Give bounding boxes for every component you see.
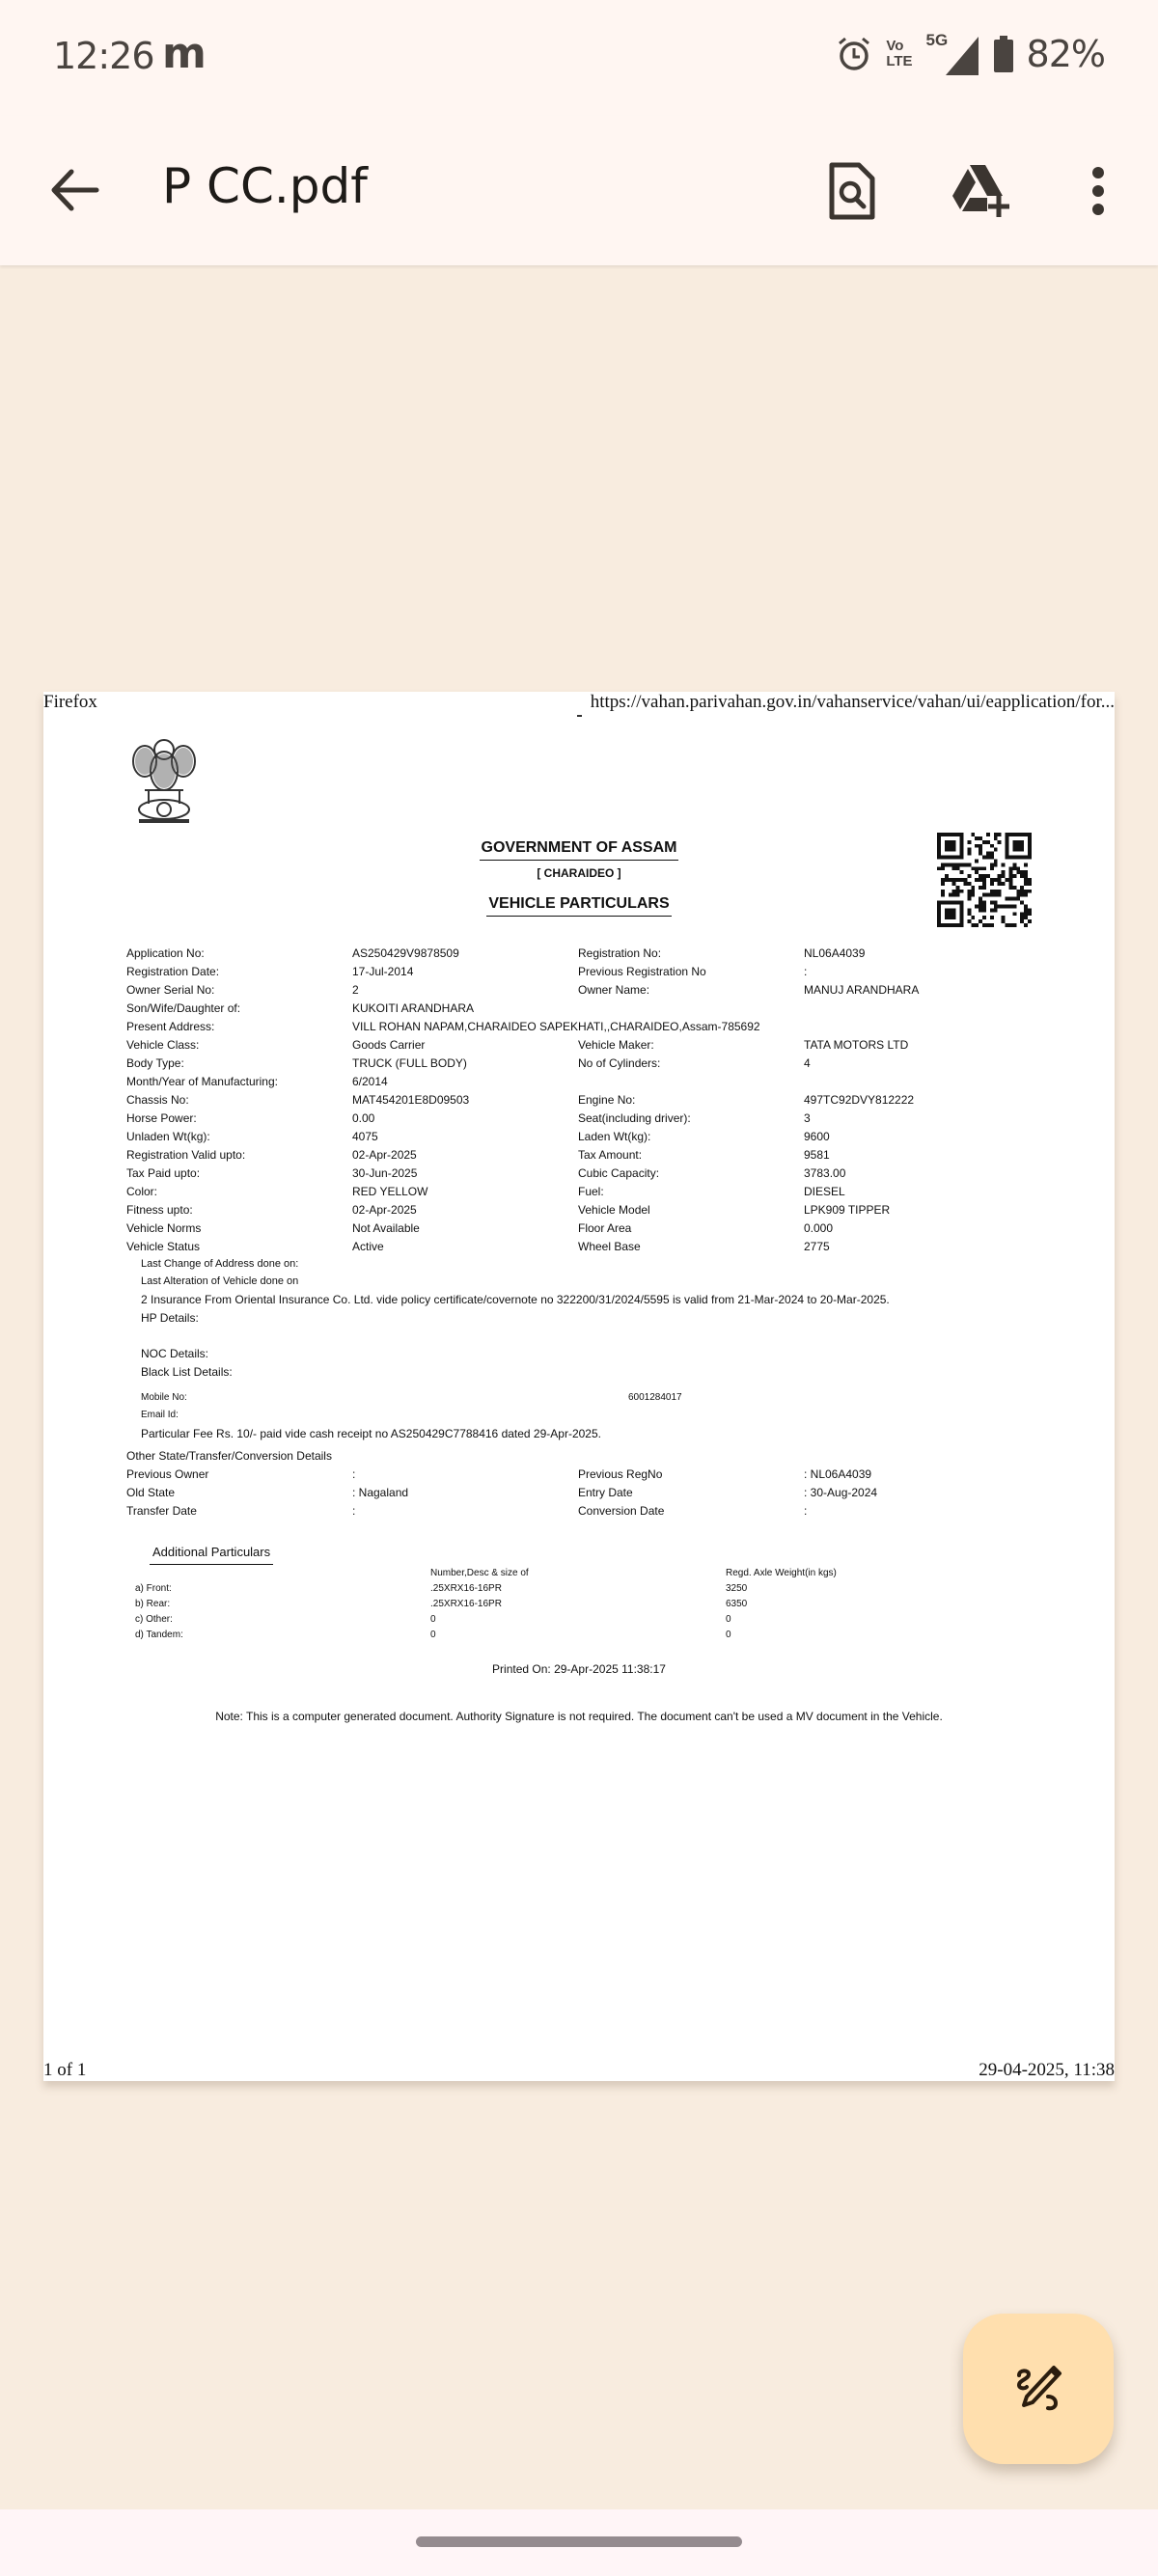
field-label: Owner Name: <box>578 983 649 997</box>
field-value: : NL06A4039 <box>804 1467 871 1481</box>
field-label: Previous RegNo <box>578 1467 662 1481</box>
field-label: Color: <box>126 1185 157 1198</box>
government-heading: GOVERNMENT OF ASSAM <box>43 839 1115 857</box>
mobile-label: Mobile No: <box>141 1392 187 1403</box>
axle-header-desc: Number,Desc & size of <box>430 1568 529 1578</box>
field-value: AS250429V9878509 <box>352 946 459 960</box>
field-value: 497TC92DVY812222 <box>804 1093 914 1107</box>
table-row: Chassis No:MAT454201E8D09503Engine No:49… <box>126 1093 890 1111</box>
axle-label: a) Front: <box>135 1583 172 1594</box>
field-label: Present Address: <box>126 1020 214 1033</box>
annotate-pen-icon <box>1011 2362 1065 2416</box>
battery-icon <box>994 36 1013 72</box>
field-value: 4 <box>804 1056 811 1070</box>
field-label: Transfer Date <box>126 1504 197 1518</box>
table-row: Owner Serial No:2Owner Name:MANUJ ARANDH… <box>126 983 890 1001</box>
field-label: Registration Valid upto: <box>126 1148 245 1162</box>
axle-weight: 0 <box>726 1630 731 1640</box>
axle-weight: 6350 <box>726 1599 747 1609</box>
field-value: : 30-Aug-2024 <box>804 1486 877 1499</box>
field-value: MAT454201E8D09503 <box>352 1093 469 1107</box>
field-label: Entry Date <box>578 1486 633 1499</box>
table-row: Registration Date:17-Jul-2014Previous Re… <box>126 965 890 983</box>
table-row: Fitness upto:02-Apr-2025Vehicle ModelLPK… <box>126 1203 890 1221</box>
field-value: 02-Apr-2025 <box>352 1203 417 1217</box>
field-value: Not Available <box>352 1221 420 1235</box>
field-label: Registration No: <box>578 946 661 960</box>
field-label: Fitness upto: <box>126 1203 193 1217</box>
signal-5g-icon: 5G <box>926 33 980 75</box>
field-value: VILL ROHAN NAPAM,CHARAIDEO SAPEKHATI,,CH… <box>352 1020 760 1033</box>
more-options-button[interactable] <box>1064 154 1132 227</box>
transfer-section-title: Other State/Transfer/Conversion Details <box>126 1449 890 1467</box>
hp-details: HP Details: <box>126 1311 890 1329</box>
field-value: : <box>352 1467 355 1481</box>
field-label: Son/Wife/Daughter of: <box>126 1001 240 1015</box>
transfer-row: Previous Owner:Previous RegNo: NL06A4039 <box>126 1467 890 1486</box>
transfer-row: Transfer Date:Conversion Date: <box>126 1504 890 1522</box>
field-value: 2 <box>352 983 359 997</box>
print-header-url: https://vahan.parivahan.gov.in/vahanserv… <box>591 692 1115 713</box>
field-label: Engine No: <box>578 1093 635 1107</box>
field-label: Previous Registration No <box>578 965 706 978</box>
table-row: Vehicle NormsNot AvailableFloor Area0.00… <box>126 1221 890 1240</box>
save-to-drive-icon <box>951 163 1014 219</box>
table-row: Registration Valid upto:02-Apr-2025Tax A… <box>126 1148 890 1166</box>
volte-label: Vo <box>886 39 912 54</box>
table-row: Color:RED YELLOWFuel:DIESEL <box>126 1185 890 1203</box>
field-value: 0.00 <box>352 1111 374 1125</box>
axle-desc: 0 <box>430 1614 436 1625</box>
field-label: Vehicle Model <box>578 1203 650 1217</box>
axle-weight: 0 <box>726 1614 731 1625</box>
field-label: Application No: <box>126 946 205 960</box>
fee-note: Particular Fee Rs. 10/- paid vide cash r… <box>126 1427 890 1445</box>
field-value: 30-Jun-2025 <box>352 1166 417 1180</box>
field-label: Tax Amount: <box>578 1148 642 1162</box>
axle-label: b) Rear: <box>135 1599 170 1609</box>
field-label: Chassis No: <box>126 1093 189 1107</box>
noc-details: NOC Details: <box>126 1347 890 1365</box>
field-label: No of Cylinders: <box>578 1056 660 1070</box>
district-heading: [ CHARAIDEO ] <box>43 866 1115 880</box>
field-value: RED YELLOW <box>352 1185 427 1198</box>
more-vert-icon <box>1091 166 1105 216</box>
field-label: Seat(including driver): <box>578 1111 691 1125</box>
status-bar: 12:26 m VoLTE 5G 82% <box>0 0 1158 116</box>
mobile-value: 6001284017 <box>628 1392 682 1403</box>
field-value: : <box>352 1504 355 1518</box>
government-text: GOVERNMENT OF ASSAM <box>480 839 679 861</box>
table-row: Son/Wife/Daughter of:KUKOITI ARANDHARA <box>126 1001 890 1020</box>
field-value: Goods Carrier <box>352 1038 425 1052</box>
app-bar: P CC.pdf <box>0 116 1158 265</box>
field-value: 6/2014 <box>352 1075 388 1088</box>
find-in-document-icon <box>828 161 876 221</box>
field-value: LPK909 TIPPER <box>804 1203 890 1217</box>
table-row: Application No:AS250429V9878509Registrat… <box>126 946 890 965</box>
field-value: 3783.00 <box>804 1166 845 1180</box>
field-label: Conversion Date <box>578 1504 664 1518</box>
table-row: Body Type:TRUCK (FULL BODY)No of Cylinde… <box>126 1056 890 1075</box>
field-label: Body Type: <box>126 1056 184 1070</box>
axle-label: c) Other: <box>135 1614 173 1625</box>
field-value: 2775 <box>804 1240 830 1253</box>
field-value: 02-Apr-2025 <box>352 1148 417 1162</box>
field-label: Wheel Base <box>578 1240 641 1253</box>
document-heading: VEHICLE PARTICULARS <box>43 895 1115 913</box>
axle-desc: .25XRX16-16PR <box>430 1583 502 1594</box>
field-value: NL06A4039 <box>804 946 865 960</box>
field-value: 0.000 <box>804 1221 833 1235</box>
find-in-document-button[interactable] <box>818 154 886 227</box>
disclaimer-note: Note: This is a computer generated docum… <box>43 1710 1115 1723</box>
axle-weight: 3250 <box>726 1583 747 1594</box>
field-label: Owner Serial No: <box>126 983 214 997</box>
document-heading-text: VEHICLE PARTICULARS <box>486 895 671 917</box>
field-label: Registration Date: <box>126 965 219 978</box>
pdf-page[interactable]: Firefox https://vahan.parivahan.gov.in/v… <box>43 692 1115 2081</box>
axle-label: d) Tandem: <box>135 1630 183 1640</box>
printed-on: Printed On: 29-Apr-2025 11:38:17 <box>43 1662 1115 1676</box>
field-label: Vehicle Status <box>126 1240 200 1253</box>
home-handle[interactable] <box>416 2536 742 2547</box>
field-label: Laden Wt(kg): <box>578 1130 650 1143</box>
table-row: Vehicle Class:Goods CarrierVehicle Maker… <box>126 1038 890 1056</box>
field-label: Month/Year of Manufacturing: <box>126 1075 278 1088</box>
table-row: Month/Year of Manufacturing:6/2014 <box>126 1075 890 1093</box>
print-header-left: Firefox <box>43 692 97 713</box>
notification-icon: m <box>162 29 207 78</box>
field-label: Floor Area <box>578 1221 631 1235</box>
particulars-table: Application No:AS250429V9878509Registrat… <box>126 946 890 1522</box>
email-label: Email Id: <box>126 1410 890 1427</box>
field-label: Vehicle Norms <box>126 1221 201 1235</box>
axle-header-weight: Regd. Axle Weight(in kgs) <box>726 1568 837 1578</box>
table-row: Unladen Wt(kg):4075Laden Wt(kg):9600 <box>126 1130 890 1148</box>
last-alteration: Last Alteration of Vehicle done on <box>126 1275 890 1293</box>
blacklist-details: Black List Details: <box>126 1365 890 1384</box>
status-icons: VoLTE 5G 82% <box>836 33 1105 75</box>
top-mark <box>577 715 582 717</box>
field-value: 9600 <box>804 1130 830 1143</box>
lte-label: LTE <box>886 54 912 69</box>
arrow-left-icon <box>48 166 106 214</box>
field-label: Fuel: <box>578 1185 604 1198</box>
status-time: 12:26 <box>53 35 154 77</box>
field-value: 9581 <box>804 1148 830 1162</box>
table-row: Vehicle StatusActiveWheel Base2775 <box>126 1240 890 1258</box>
last-address-change: Last Change of Address done on: <box>126 1258 890 1275</box>
table-row: Horse Power:0.00Seat(including driver):3 <box>126 1111 890 1130</box>
additional-particulars-title: Additional Particulars <box>150 1545 273 1559</box>
save-to-drive-button[interactable] <box>949 154 1016 227</box>
gesture-nav-bar <box>0 2509 1158 2576</box>
insurance-details: 2 Insurance From Oriental Insurance Co. … <box>126 1293 890 1311</box>
field-label: Vehicle Maker: <box>578 1038 654 1052</box>
field-value: Active <box>352 1240 384 1253</box>
table-row: Tax Paid upto:30-Jun-2025Cubic Capacity:… <box>126 1166 890 1185</box>
field-label: Cubic Capacity: <box>578 1166 659 1180</box>
field-value: 4075 <box>352 1130 378 1143</box>
field-value: : Nagaland <box>352 1486 408 1499</box>
field-label: Previous Owner <box>126 1467 208 1481</box>
field-value: TRUCK (FULL BODY) <box>352 1056 467 1070</box>
mobile-row: Mobile No: 6001284017 <box>126 1392 890 1410</box>
field-value: DIESEL <box>804 1185 845 1198</box>
field-label: Old State <box>126 1486 175 1499</box>
field-label: Horse Power: <box>126 1111 197 1125</box>
document-title: P CC.pdf <box>162 158 368 214</box>
field-value: 3 <box>804 1111 811 1125</box>
additional-particulars-text: Additional Particulars <box>150 1545 273 1565</box>
print-timestamp: 29-04-2025, 11:38 <box>979 2060 1115 2081</box>
field-label: Tax Paid upto: <box>126 1166 200 1180</box>
field-value: TATA MOTORS LTD <box>804 1038 908 1052</box>
transfer-row: Old State: NagalandEntry Date: 30-Aug-20… <box>126 1486 890 1504</box>
annotate-button[interactable] <box>963 2314 1114 2464</box>
axle-desc: 0 <box>430 1630 436 1640</box>
axle-desc: .25XRX16-16PR <box>430 1599 502 1609</box>
alarm-icon <box>836 36 872 72</box>
volte-icon: VoLTE <box>886 39 912 69</box>
field-value: 17-Jul-2014 <box>352 965 413 978</box>
field-value: : <box>804 1504 807 1518</box>
national-emblem-icon <box>116 732 212 829</box>
back-button[interactable] <box>48 166 106 214</box>
field-value: : <box>804 965 807 978</box>
field-value: KUKOITI ARANDHARA <box>352 1001 474 1015</box>
battery-percent: 82% <box>1027 33 1105 75</box>
field-value: MANUJ ARANDHARA <box>804 983 919 997</box>
page-count: 1 of 1 <box>43 2060 86 2081</box>
table-row: Present Address:VILL ROHAN NAPAM,CHARAID… <box>126 1020 890 1038</box>
field-label: Vehicle Class: <box>126 1038 199 1052</box>
field-label: Unladen Wt(kg): <box>126 1130 210 1143</box>
